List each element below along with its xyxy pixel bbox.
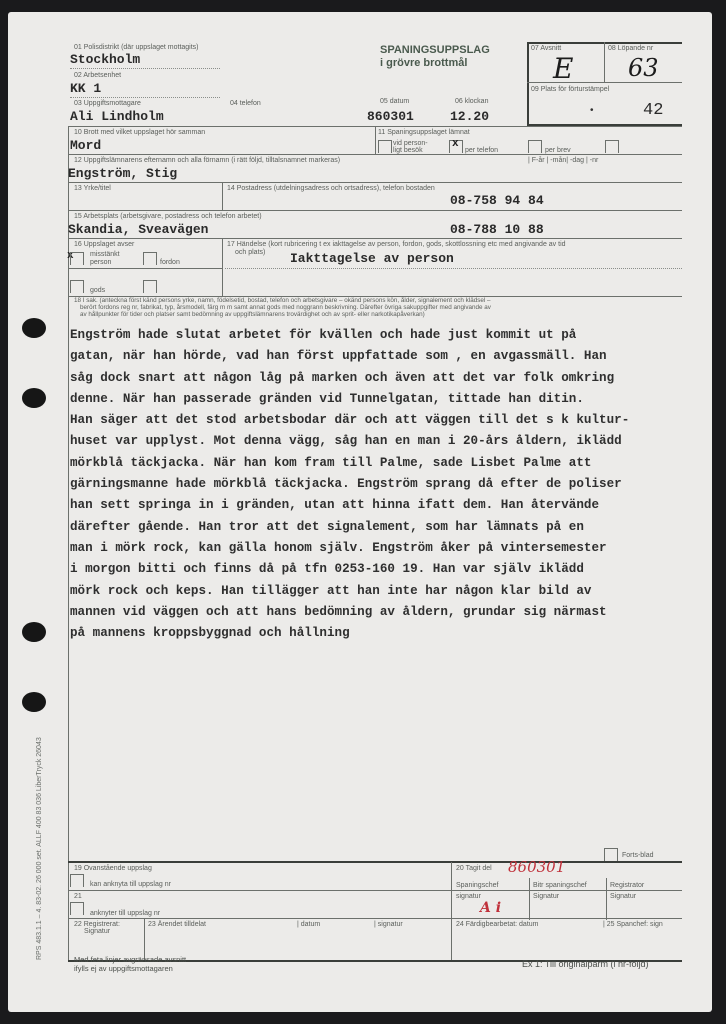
checkbox-other[interactable]: [605, 140, 619, 153]
field-14-value: 08-758 94 84: [450, 194, 544, 207]
spaningschef-label: Spaningschef: [456, 882, 498, 889]
field-02-value: KK 1: [70, 82, 101, 95]
option-letter: per brev: [545, 147, 571, 154]
option-phone: per telefon: [465, 147, 498, 154]
checkbox-21[interactable]: [70, 902, 84, 915]
signature-label-2: Signatur: [533, 893, 559, 900]
narrative-line: i morgon bitti och finns då på tfn 0253-…: [70, 559, 670, 580]
narrative-line: huset var upplyst. Mot denna vägg, såg h…: [70, 431, 670, 452]
divider: [68, 182, 682, 183]
narrative-line: mörkblå täckjacka. När han kom fram till…: [70, 453, 670, 474]
option-goods: gods: [90, 287, 105, 294]
signature-value: A i: [480, 900, 501, 916]
divider: [222, 238, 223, 296]
field-06-label: 06 klockan: [455, 98, 488, 105]
checkbox-vehicle[interactable]: [143, 252, 157, 265]
field-05-value: 860301: [367, 110, 414, 123]
checkbox-blank[interactable]: [143, 280, 157, 293]
field-18-label-3: av hållpunkter för tider och platser sam…: [80, 312, 425, 318]
field-13-label: 13 Yrke/titel: [74, 185, 111, 192]
checkbox-phone-mark: x: [452, 138, 459, 150]
punch-hole: [22, 622, 46, 642]
field-15-label: 15 Arbetsplats (arbetsgivare, postadress…: [74, 213, 262, 220]
field-22-sub: Signatur: [84, 928, 110, 935]
option-vehicle: fordon: [160, 259, 180, 266]
checkbox-suspect[interactable]: [70, 252, 84, 265]
field-17-label-2: och plats): [235, 249, 265, 256]
field-12-label: 12 Uppgiftslämnarens efternamn och alla …: [74, 157, 340, 164]
checkbox-personal-visit[interactable]: [378, 140, 392, 153]
side-print: RPS 483.1.1 – 4. 83-02. 26 000 set. ALLF…: [36, 737, 43, 960]
bitr-spaningschef-label: Bitr spaningschef: [533, 882, 587, 889]
punch-hole: [22, 318, 46, 338]
divider: [68, 154, 682, 155]
footer-left-2: ifylls ej av uppgiftsmottagaren: [74, 965, 173, 973]
field-09-dot: •: [590, 106, 594, 116]
divider: [68, 918, 682, 919]
field-09-label: 09 Plats för förturstämpel: [531, 86, 609, 93]
divider: [68, 210, 682, 211]
narrative-text: Engström hade slutat arbetet för kvällen…: [70, 325, 670, 644]
field-01-value: Stockholm: [70, 53, 140, 66]
form-subtitle: i grövre brottmål: [380, 57, 467, 69]
divider: [68, 268, 222, 269]
field-17-value: Iakttagelse av person: [290, 252, 454, 265]
field-04-label: 04 telefon: [230, 100, 261, 107]
option-personal-visit: vid person-: [393, 140, 428, 147]
field-19-label: 19 Ovanstående uppslag: [74, 865, 152, 872]
field-21-sub: anknyter till uppslag nr: [90, 910, 160, 917]
divider: [70, 68, 220, 69]
narrative-line: därefter gående. Han tror att det signal…: [70, 517, 670, 538]
field-19-sub: kan anknyta till uppslag nr: [90, 881, 171, 888]
field-15-phone: 08-788 10 88: [450, 223, 544, 236]
field-01-label: 01 Polisdistrikt (där uppslaget mottagit…: [74, 44, 199, 51]
field-23-datum: | datum: [297, 921, 320, 928]
narrative-line: Han säger att det stod arbetsbodar där o…: [70, 410, 670, 431]
divider: [68, 890, 682, 891]
field-08-label: 08 Löpande nr: [608, 45, 653, 52]
narrative-line: på mannens kroppsbyggnad och hållning: [70, 623, 670, 644]
field-22-label: 22 Registrerat:: [74, 921, 120, 928]
divider: [70, 97, 220, 98]
checkbox-letter[interactable]: [528, 140, 542, 153]
box-divider: [527, 82, 682, 83]
field-03-value: Ali Lindholm: [70, 110, 164, 123]
divider: [375, 126, 376, 154]
checkbox-19[interactable]: [70, 874, 84, 887]
field-10-label: 10 Brott med vilket uppslaget hör samman: [74, 129, 205, 136]
narrative-line: mörk rock och keps. Han tillägger att ha…: [70, 581, 670, 602]
narrative-line: såg dock snart att någon låg på marken o…: [70, 368, 670, 389]
checkbox-goods[interactable]: [70, 280, 84, 293]
punch-hole: [22, 692, 46, 712]
option-personal-visit-2: ligt besök: [393, 147, 423, 154]
field-20-value: 860301: [508, 858, 565, 876]
narrative-line: gatan, när han hörde, vad han först uppf…: [70, 346, 670, 367]
field-12-value: Engström, Stig: [68, 167, 177, 180]
field-20-label: 20 Tagit del: [456, 865, 492, 872]
narrative-line: han sett springa in i gränden, utan att …: [70, 495, 670, 516]
field-14-label: 14 Postadress (utdelningsadress och orts…: [227, 185, 435, 192]
field-08-value: 63: [628, 54, 659, 82]
field-11-label: 11 Spaningsuppslaget lämnat: [378, 129, 470, 136]
field-21-label: 21: [74, 893, 82, 900]
field-25-label: | 25 Spanchef: sign: [603, 921, 663, 928]
option-suspect-2: person: [90, 259, 111, 266]
divider: [606, 878, 607, 920]
box-border: [527, 42, 529, 126]
checkbox-forts-blad[interactable]: [604, 848, 618, 861]
narrative-line: denne. När han passerade gränden vid Tun…: [70, 389, 670, 410]
field-03-label: 03 Uppgiftsmottagare: [74, 100, 141, 107]
field-07-label: 07 Avsnitt: [531, 45, 561, 52]
narrative-line: man i mörk rock, kan gälla honom själv. …: [70, 538, 670, 559]
forts-blad-label: Forts-blad: [622, 852, 654, 859]
footer-right: Ex 1: Till originalpärm (i nr-följd): [522, 960, 649, 970]
field-09-value: 42: [643, 102, 663, 119]
field-10-value: Mord: [70, 139, 101, 152]
field-23-signatur: | signatur: [374, 921, 403, 928]
narrative-line: mannen vid väggen och att hans bedömning…: [70, 602, 670, 623]
footer-left-1: Med feta linjer avgränsade avsnitt: [74, 956, 186, 964]
option-suspect: misstänkt: [90, 251, 120, 258]
field-07-value: E: [553, 52, 573, 85]
registrator-label: Registrator: [610, 882, 644, 889]
punch-hole: [22, 388, 46, 408]
divider: [451, 862, 452, 962]
field-23-label: 23 Ärendet tilldelat: [148, 921, 206, 928]
box-divider: [604, 42, 605, 82]
field-16-label: 16 Uppslaget avser: [74, 241, 134, 248]
field-15-value: Skandia, Sveavägen: [68, 223, 208, 236]
divider: [222, 182, 223, 210]
signature-label-3: Signatur: [610, 893, 636, 900]
signature-label-1: signatur: [456, 893, 481, 900]
field-24-label: 24 Färdigbearbetat: datum: [456, 921, 539, 928]
field-17-label: 17 Händelse (kort rubricering t ex iaktt…: [227, 241, 566, 248]
field-06-value: 12.20: [450, 110, 489, 123]
narrative-line: Engström hade slutat arbetet för kvällen…: [70, 325, 670, 346]
narrative-line: gärningsmanne hade mörkblå täckjacka. En…: [70, 474, 670, 495]
divider: [225, 268, 682, 269]
form-title: SPANINGSUPPSLAG: [380, 44, 490, 56]
field-05-label: 05 datum: [380, 98, 409, 105]
field-02-label: 02 Arbetsenhet: [74, 72, 121, 79]
box-border: [68, 861, 682, 863]
divider: [529, 878, 530, 920]
field-12-sub: | F-år | -mån| -dag | -nr: [528, 157, 598, 164]
divider: [68, 238, 682, 239]
